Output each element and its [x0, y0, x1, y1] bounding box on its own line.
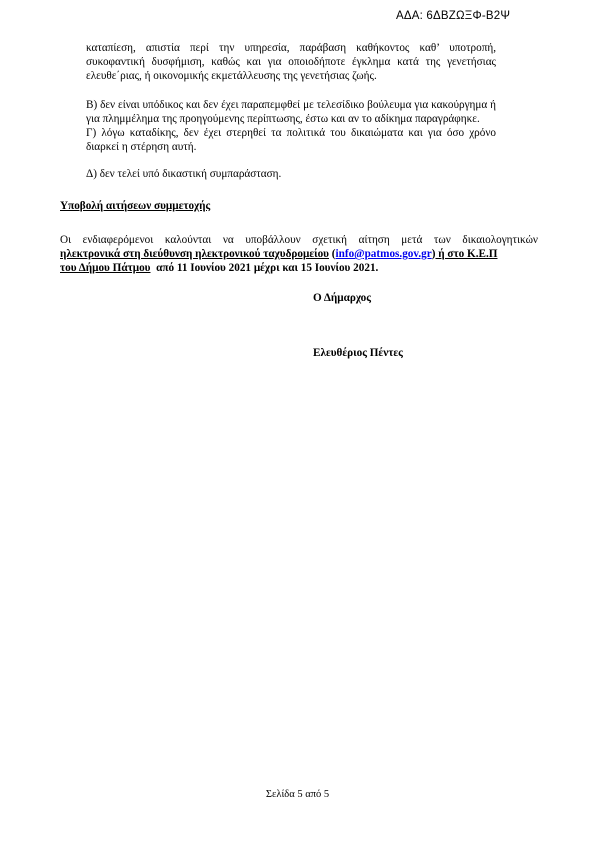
document-page: ΑΔΑ: 6ΔΒΖΩΞΦ-Β2Ψ καταπίεση, απιστία περί…	[0, 0, 595, 842]
condition-c: Γ) λόγω καταδίκης, δεν έχει στερηθεί τα …	[86, 126, 496, 154]
condition-b: Β) δεν είναι υπόδικος και δεν έχει παραπ…	[86, 98, 496, 126]
submission-heading: Υποβολή αιτήσεων συμμετοχής	[60, 199, 210, 213]
email-instruction: ηλεκτρονικά στη διεύθυνση ηλεκτρονικού τ…	[60, 248, 329, 260]
page-number: Σελίδα 5 από 5	[0, 788, 595, 802]
municipality-text: του Δήμου Πάτμου	[60, 262, 151, 274]
kep-text: ή στο Κ.Ε.Π	[435, 248, 497, 260]
submission-paragraph: Οι ενδιαφερόμενοι καλούνται να υποβάλλου…	[60, 233, 538, 275]
submission-line-1: Οι ενδιαφερόμενοι καλούνται να υποβάλλου…	[60, 233, 538, 247]
submission-line-2: ηλεκτρονικά στη διεύθυνση ηλεκτρονικού τ…	[60, 247, 538, 261]
condition-a-continuation: καταπίεση, απιστία περί την υπηρεσία, πα…	[86, 41, 496, 83]
signature-name: Ελευθέριος Πέντες	[313, 346, 403, 360]
condition-d: Δ) δεν τελεί υπό δικαστική συμπαράσταση.	[86, 167, 496, 181]
date-range: από 11 Ιουνίου 2021 μέχρι και 15 Ιουνίου…	[151, 262, 379, 274]
submission-line-3: του Δήμου Πάτμου από 11 Ιουνίου 2021 μέχ…	[60, 261, 538, 275]
ada-code: ΑΔΑ: 6ΔΒΖΩΞΦ-Β2Ψ	[396, 10, 510, 22]
signature-title: Ο Δήμαρχος	[313, 291, 371, 305]
email-link[interactable]: info@patmos.gov.gr	[336, 248, 432, 260]
